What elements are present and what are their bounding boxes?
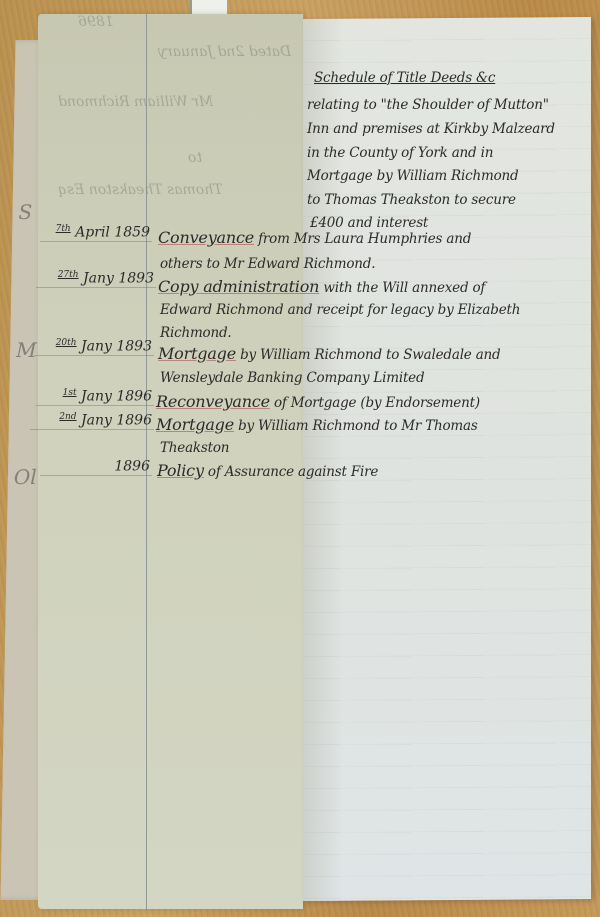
entry-text: Conveyance from Mrs Laura Humphries and [158,228,471,247]
entry-date: 20th Jany 1893 [34,338,154,356]
entry-date: 2nd Jany 1896 [30,412,154,430]
entry-text: Copy administration with the Will annexe… [158,277,485,296]
entry-text: Policy of Assurance against Fire [157,461,378,480]
bleed-through-text: Mr William Richmond [58,94,213,110]
heading-title: Schedule of Title Deeds &c [314,70,495,86]
entry-date: 7th April 1859 [40,224,152,242]
entry-text-continued: Richmond. [160,325,232,341]
entry-text-continued: Edward Richmond and receipt for legacy b… [160,302,520,318]
entry-text: Mortgage by William Richmond to Mr Thoma… [156,415,478,434]
entry-date: 1st Jany 1896 [36,388,154,406]
heading-line: to Thomas Theakston to secure [307,192,516,208]
bleed-through-text: 1896 [78,14,114,30]
bleed-through-text: Dated 2nd January [158,44,291,60]
edge-mark: S [18,200,32,224]
entry-text-continued: Theakston [160,440,229,456]
heading-line: in the County of York and in [307,145,493,161]
entry-text-continued: Wensleydale Banking Company Limited [160,370,424,386]
heading-line: Mortgage by William Richmond [307,168,518,184]
edge-mark: Ol [14,465,37,489]
heading-line: relating to "the Shoulder of Mutton" [307,97,549,113]
entry-text: Reconveyance of Mortgage (by Endorsement… [156,392,480,411]
entry-date: 1896 [40,458,152,476]
entry-text: Mortgage by William Richmond to Swaledal… [158,344,500,363]
entry-date: 27th Jany 1893 [36,270,156,288]
heading-line: Inn and premises at Kirkby Malzeard [307,121,555,137]
bleed-through-text: Thomas Theakston Esq [58,182,223,198]
bleed-through-text: to [188,150,202,166]
entry-text-continued: others to Mr Edward Richmond. [160,256,375,272]
